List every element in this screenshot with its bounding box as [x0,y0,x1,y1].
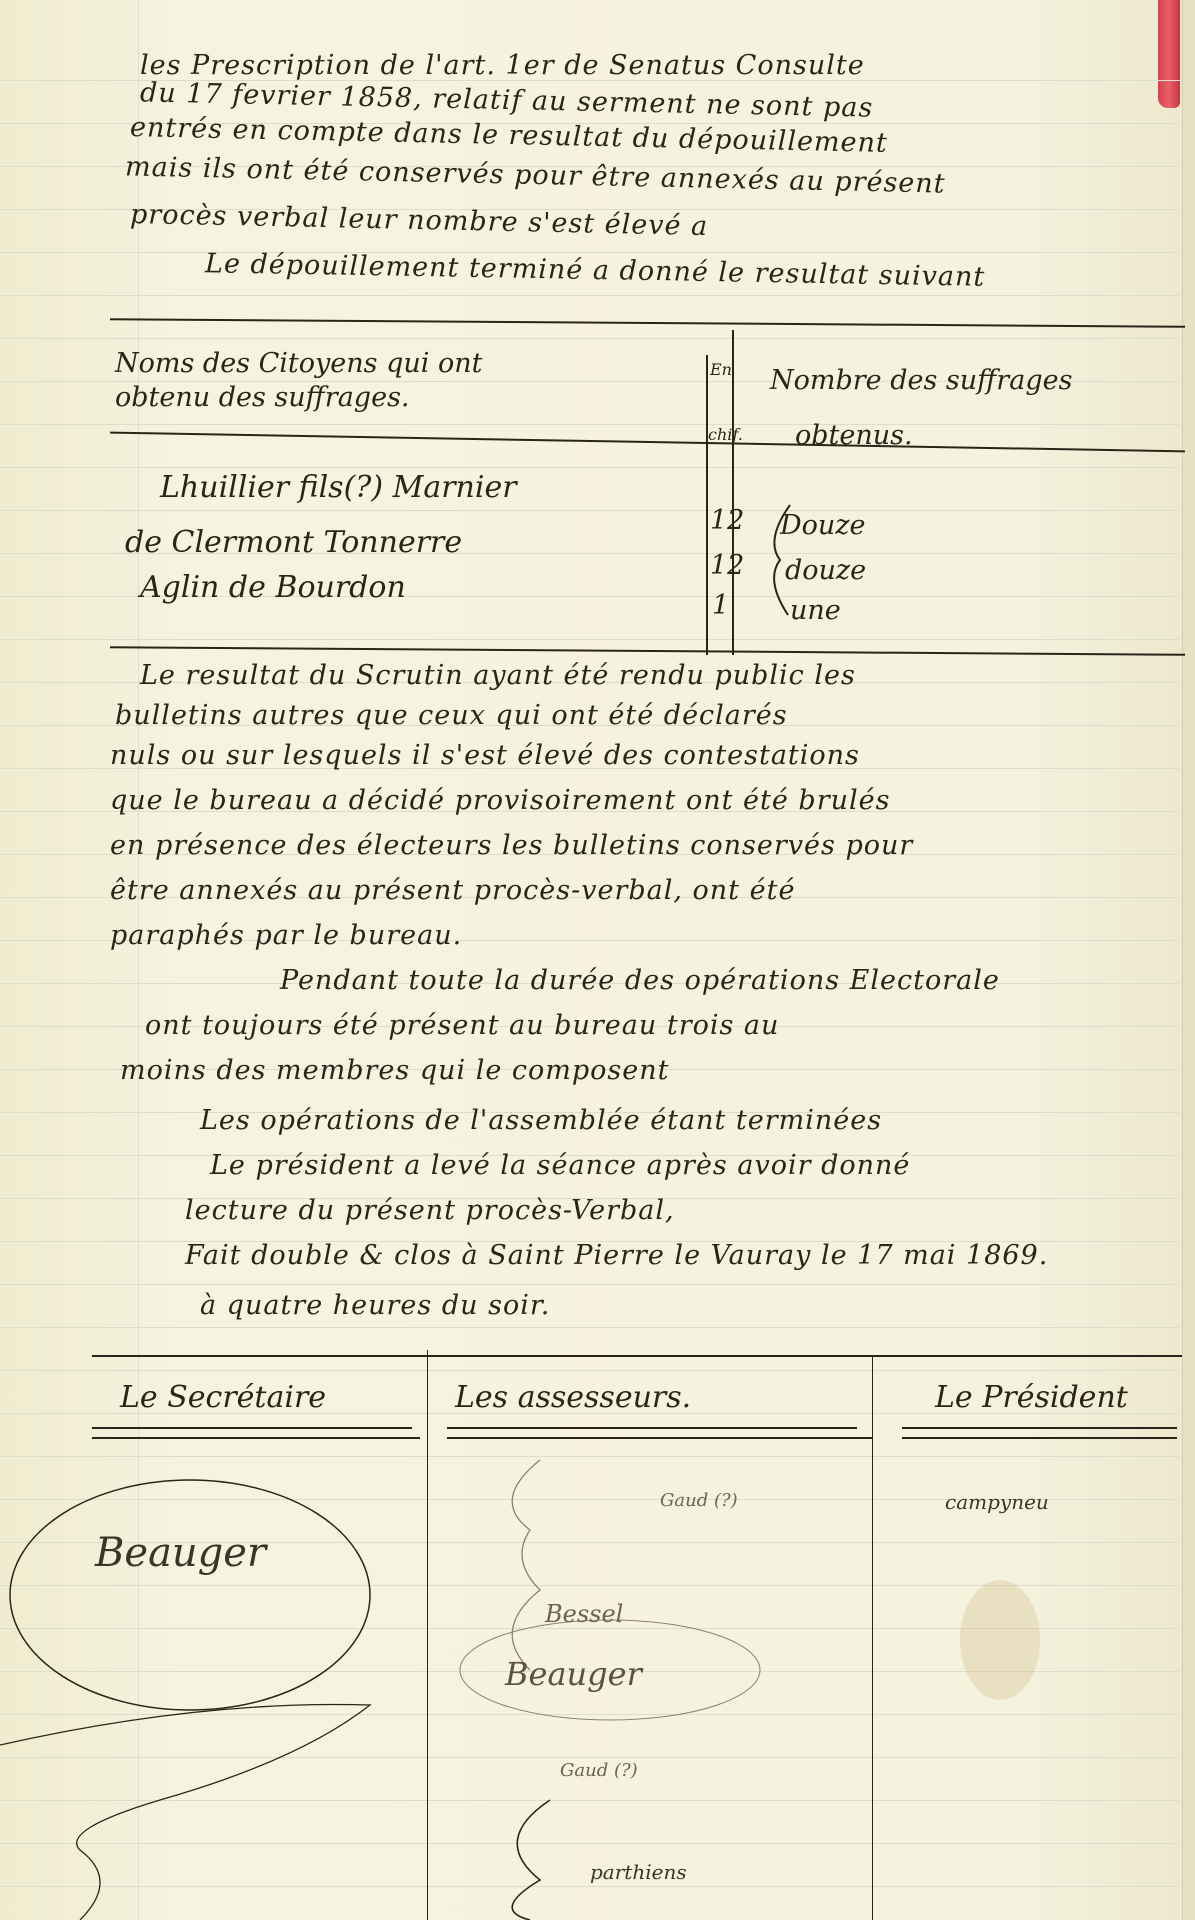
secretary-signature-flourish [0,1460,430,1920]
president-signature: campyneu [945,1490,1049,1514]
closing-line: Pendant toute la durée des opérations El… [280,965,1000,996]
ruled-line [0,252,1180,253]
assessor-signature: Bessel [545,1600,623,1628]
ruled-line [0,338,1180,339]
assessor-signature: parthiens [590,1860,687,1884]
closing-line: Les opérations de l'assemblée étant term… [200,1105,882,1136]
candidate-name: Aglin de Bourdon [140,570,406,605]
votes-figure: 1 [712,590,729,621]
sig-header-rule [92,1427,412,1429]
body-line: nuls ou sur lesquels il s'est élevé des … [110,740,860,771]
sig-header-rule [92,1437,420,1439]
header-figures: chif. [708,425,743,444]
header-names: obtenu des suffrages. [115,382,410,413]
body-line: que le bureau a décidé provisoirement on… [110,785,891,816]
header-names: Noms des Citoyens qui ont [115,348,482,379]
body-line: Le resultat du Scrutin ayant été rendu p… [140,660,856,691]
assessor-signature-flourishes [430,1440,870,1920]
sig-header-president: Le Président [935,1380,1128,1415]
header-words: Nombre des suffrages [770,365,1072,396]
brace-flourish [760,500,800,620]
header-words: obtenus. [795,420,913,451]
ruled-line [0,1284,1180,1285]
closing-line: moins des membres qui le composent [120,1055,670,1086]
sig-header-rule [447,1437,872,1439]
ruled-line [0,467,1180,468]
votes-figure: 12 [710,550,744,581]
sig-header-assessors: Les assesseurs. [455,1380,691,1415]
stain [960,1580,1040,1700]
intro-line: les Prescription de l'art. 1er de Senatu… [140,50,865,81]
sig-header-rule [902,1437,1177,1439]
ruled-line [0,639,1180,640]
header-figures: En [710,360,732,379]
closing-line: Fait double & clos à Saint Pierre le Vau… [185,1240,1048,1271]
assessor-signature: Beauger [505,1655,642,1693]
body-line: paraphés par le bureau. [110,920,462,951]
sig-top-rule [92,1355,1182,1357]
red-ribbon [1158,0,1180,108]
sig-header-rule [902,1427,1177,1429]
candidate-name: Lhuillier fils(?) Marnier [160,470,517,505]
table-col-divider [732,330,734,655]
ruled-line [0,1370,1180,1371]
ruled-line [0,295,1180,296]
sig-col-divider [872,1355,873,1920]
candidate-name: de Clermont Tonnerre [125,525,462,560]
closing-line: à quatre heures du soir. [200,1290,550,1321]
body-line: en présence des électeurs les bulletins … [110,830,913,861]
assessor-signature: Gaud (?) [560,1760,638,1781]
assessor-signature: Gaud (?) [660,1490,738,1511]
sig-header-secretary: Le Secrétaire [120,1380,326,1415]
ruled-line [0,424,1180,425]
ruled-line [0,1327,1180,1328]
closing-line: lecture du présent procès-Verbal, [185,1195,675,1226]
closing-line: ont toujours été présent au bureau trois… [145,1010,779,1041]
closing-line: Le président a levé la séance après avoi… [210,1150,910,1181]
votes-figure: 12 [710,505,744,536]
table-col-divider [706,355,708,655]
secretary-signature: Beauger [95,1530,266,1576]
body-line: être annexés au présent procès-verbal, o… [110,875,795,906]
ruled-line [0,510,1180,511]
body-line: bulletins autres que ceux qui ont été dé… [115,700,788,731]
page-edge [1182,0,1195,1920]
sig-header-rule [447,1427,857,1429]
